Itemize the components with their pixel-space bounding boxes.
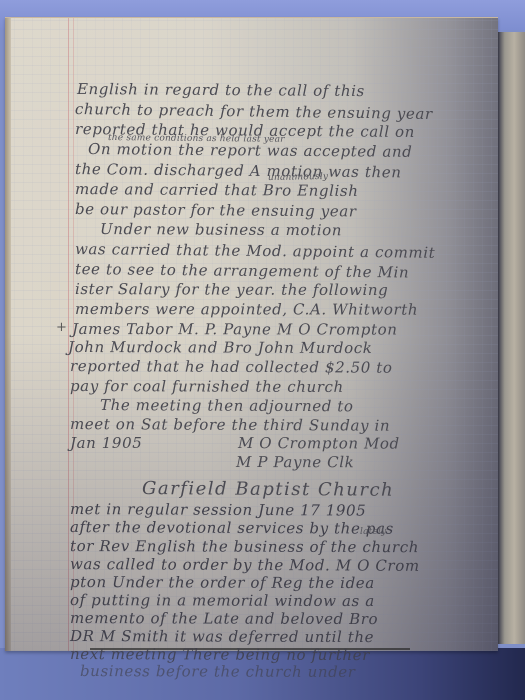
margin-rule: [68, 18, 69, 651]
handwriting-line: meet on Sat before the third Sunday in: [70, 415, 390, 435]
handwriting-line: the Com. discharged A motion was then: [75, 160, 402, 181]
scanned-ledger-scene: English in regard to the call of this ch…: [0, 0, 525, 700]
margin-mark: +: [56, 320, 67, 335]
handwriting-line: be our pastor for the ensuing year: [75, 200, 357, 220]
handwriting-line-date: Jan 1905: [70, 434, 142, 452]
signature-moderator: M O Crompton Mod: [238, 434, 400, 453]
handwriting-line: business before the church under: [80, 662, 356, 681]
handwriting-line: James Tabor M. P. Payne M O Crompton: [72, 320, 398, 339]
handwriting-line: memento of the Late and beloved Bro: [70, 609, 378, 628]
handwriting-line: met in regular session June 17 1905: [70, 500, 366, 520]
handwriting-line: The meeting then adjourned to: [100, 396, 354, 415]
handwriting-line: On motion the report was accepted and: [88, 140, 413, 161]
handwriting-line: John Murdock and Bro John Murdock: [68, 338, 372, 357]
handwriting-line: after the devotional services by the pas: [70, 518, 394, 538]
interlinear-note: lately: [360, 527, 386, 537]
handwriting-line: pton Under the order of Reg the idea: [70, 573, 375, 592]
handwriting-line: DR M Smith it was deferred until the: [70, 627, 374, 646]
handwriting-line: English in regard to the call of this: [77, 80, 365, 100]
handwriting-line: tor Rev English the business of the chur…: [70, 537, 419, 556]
handwriting-line: of putting in a memorial window as a: [70, 591, 375, 610]
handwriting-line: Under new business a motion: [100, 220, 342, 239]
handwriting-line: was called to order by the Mod. M O Crom: [70, 555, 420, 575]
adjacent-page-edge: [498, 32, 525, 644]
handwriting-line: reported that he had collected $2.50 to: [70, 357, 393, 377]
page-left-edge: [5, 18, 11, 651]
entry-heading: Garfield Baptist Church: [142, 478, 394, 501]
signature-clerk: M P Payne Clk: [236, 453, 354, 471]
handwriting-line: members were appointed, C.A. Whitworth: [75, 300, 418, 319]
handwriting-line: pay for coal furnished the church: [70, 377, 344, 396]
handwriting-line: ister Salary for the year. the following: [75, 280, 388, 299]
handwriting-line: made and carried that Bro English: [75, 180, 359, 200]
handwriting-line: tee to see to the arrangement of the Min: [75, 260, 409, 281]
handwriting-line: was carried that the Mod. appoint a comm…: [75, 240, 435, 262]
